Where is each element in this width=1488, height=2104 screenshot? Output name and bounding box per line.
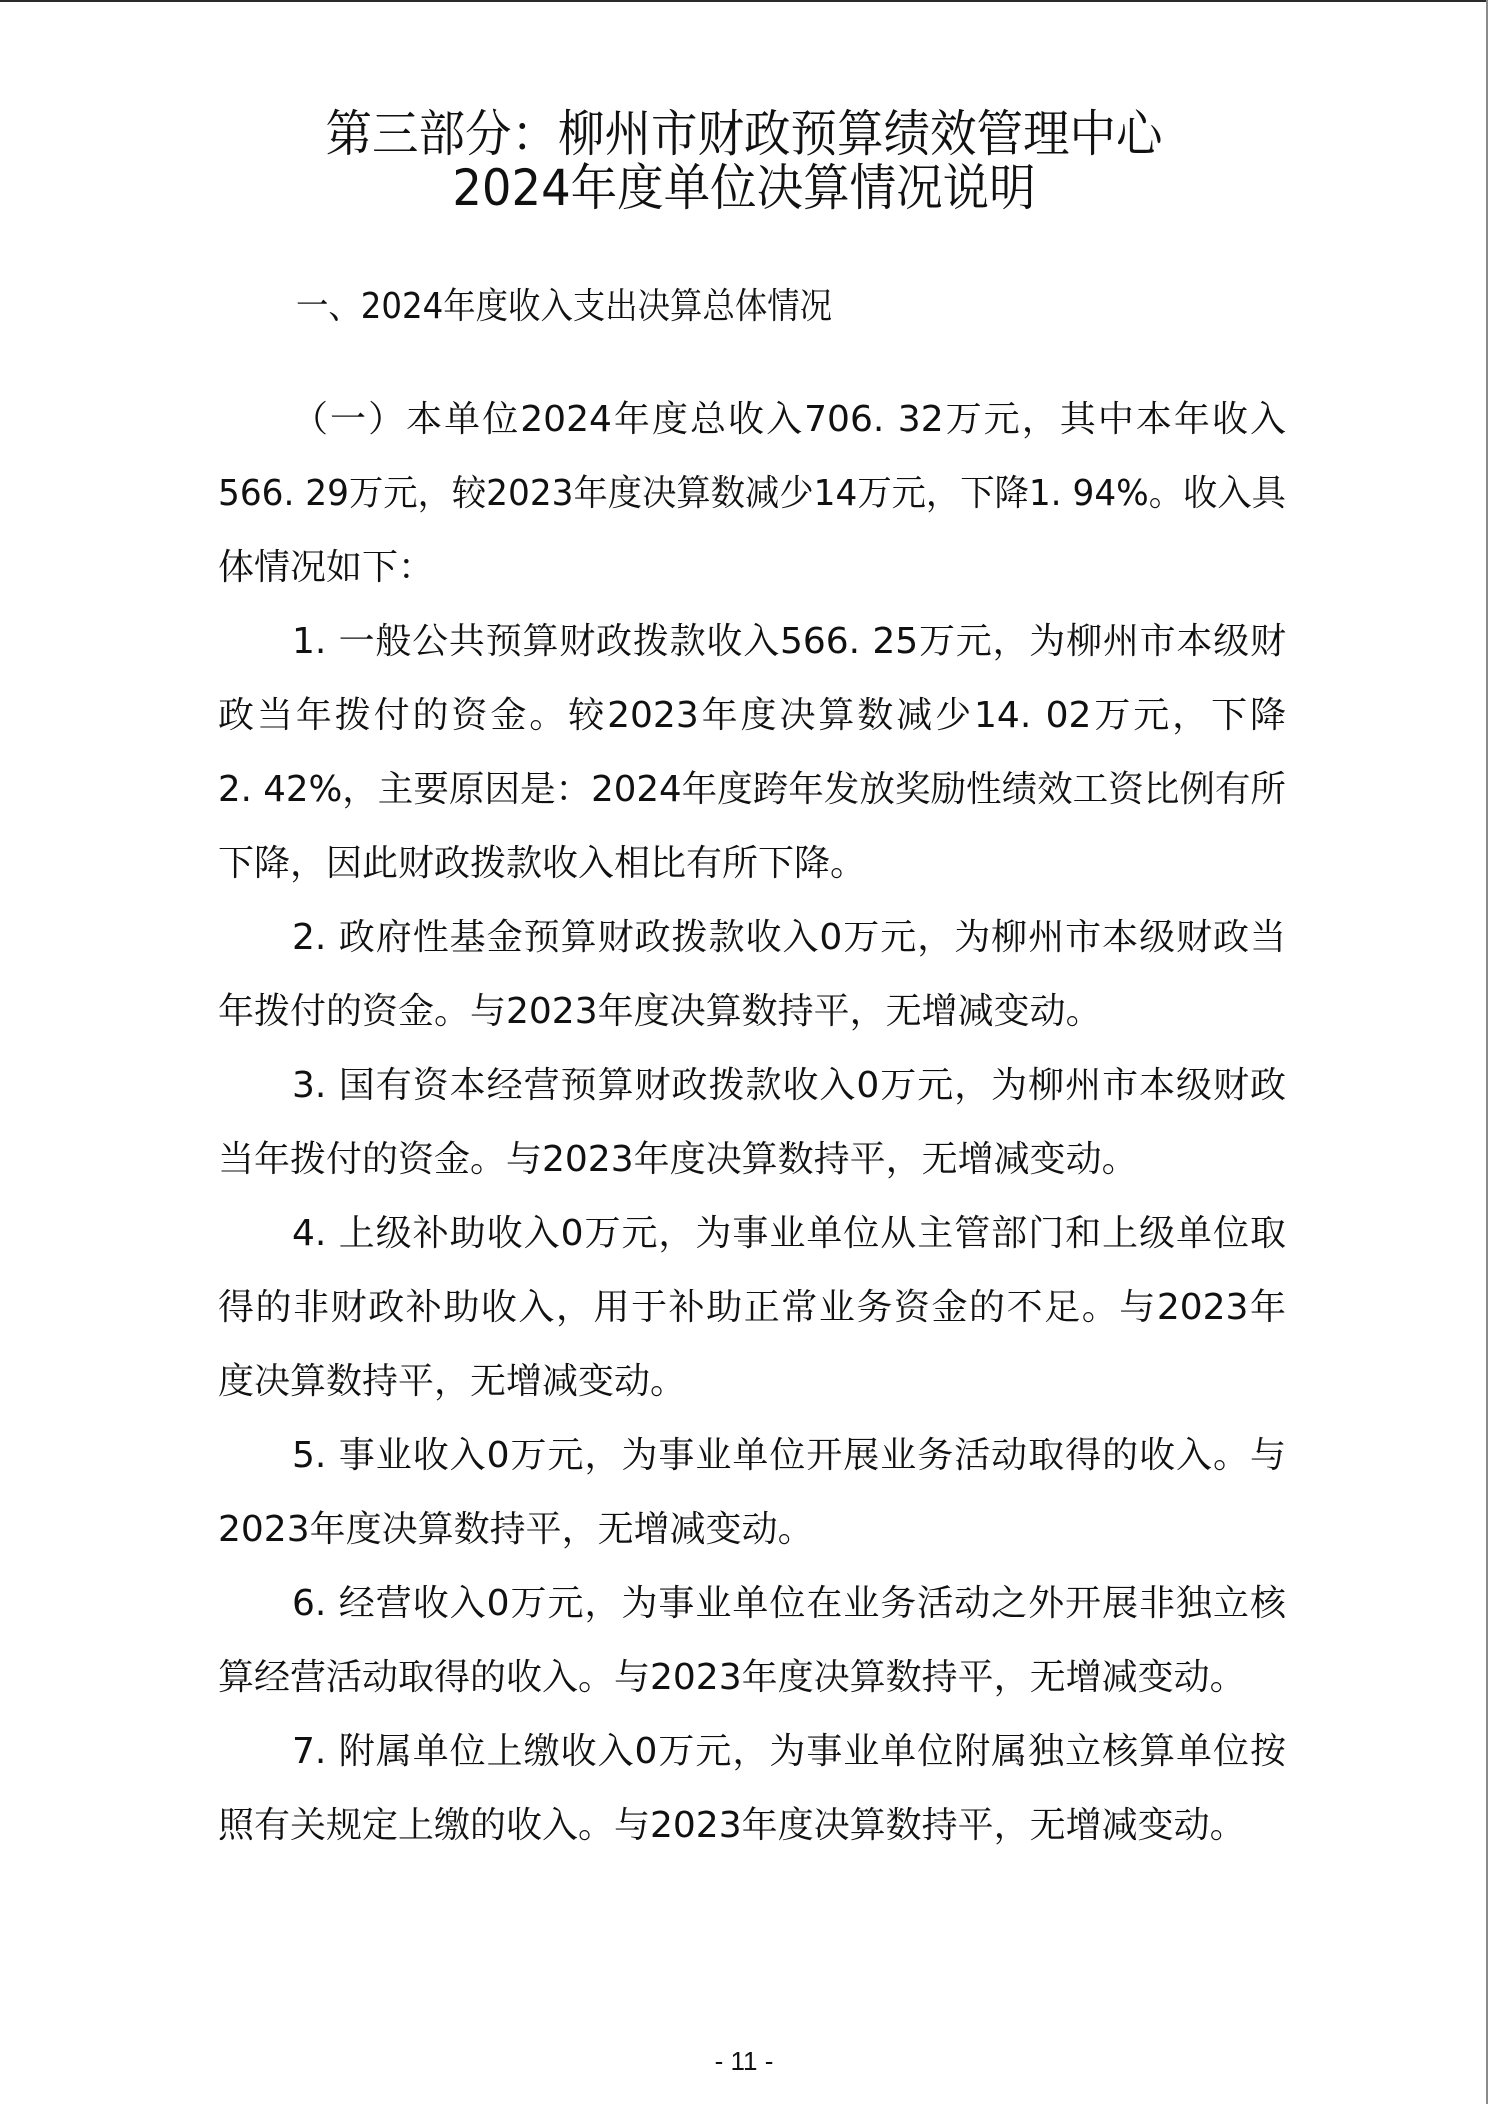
text-line: 度决算数持平，无增减变动。	[218, 1360, 1286, 1404]
text-line: 5. 事业收入0万元，为事业单位开展业务活动取得的收入。与	[292, 1434, 1286, 1478]
text-line: 566. 29万元，较2023年度决算数减少14万元，下降1. 94%。收入具	[218, 472, 1286, 516]
page-top-border	[0, 0, 1488, 2]
text-line: 7. 附属单位上缴收入0万元，为事业单位附属独立核算单位按	[292, 1730, 1286, 1774]
page-title-line-1: 第三部分：柳州市财政预算绩效管理中心	[52, 104, 1436, 164]
text-line: 得的非财政补助收入，用于补助正常业务资金的不足。与2023年	[218, 1286, 1286, 1330]
text-line: 年拨付的资金。与2023年度决算数持平，无增减变动。	[218, 990, 1286, 1034]
text-line: 2023年度决算数持平，无增减变动。	[218, 1508, 1286, 1552]
page-number: - 11 -	[0, 2046, 1488, 2076]
text-line: 体情况如下：	[218, 546, 1286, 590]
text-line: 算经营活动取得的收入。与2023年度决算数持平，无增减变动。	[218, 1656, 1286, 1700]
text-line: 1. 一般公共预算财政拨款收入566. 25万元，为柳州市本级财	[292, 620, 1286, 664]
text-line: 6. 经营收入0万元，为事业单位在业务活动之外开展非独立核	[292, 1582, 1286, 1626]
text-line: 政当年拨付的资金。较2023年度决算数减少14. 02万元，下降	[218, 694, 1286, 738]
text-line: 下降，因此财政拨款收入相比有所下降。	[218, 842, 1286, 886]
text-line: 2. 政府性基金预算财政拨款收入0万元，为柳州市本级财政当	[292, 916, 1286, 960]
text-line: 3. 国有资本经营预算财政拨款收入0万元，为柳州市本级财政	[292, 1064, 1286, 1108]
text-line: 照有关规定上缴的收入。与2023年度决算数持平，无增减变动。	[218, 1804, 1286, 1848]
section-heading: 一、2024年度收入支出决算总体情况	[296, 285, 832, 329]
text-line: （一）本单位2024年度总收入706. 32万元，其中本年收入	[292, 398, 1286, 442]
text-line: 2. 42%，主要原因是：2024年度跨年发放奖励性绩效工资比例有所	[218, 768, 1286, 812]
text-line: 当年拨付的资金。与2023年度决算数持平，无增减变动。	[218, 1138, 1286, 1182]
text-line: 4. 上级补助收入0万元，为事业单位从主管部门和上级单位取	[292, 1212, 1286, 1256]
page-title-line-2: 2024年度单位决算情况说明	[52, 158, 1436, 218]
